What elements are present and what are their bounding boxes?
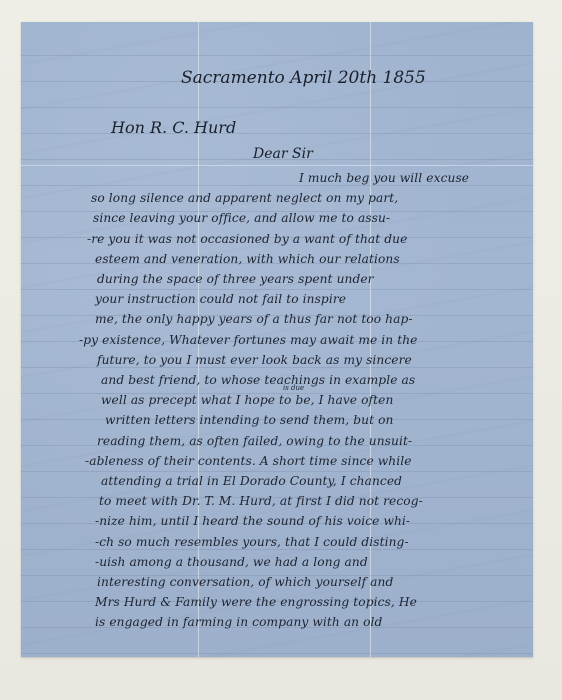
letter-line-15: -ableness of their contents. A short tim… <box>85 454 412 468</box>
letter-line-13: written letters intending to send them, … <box>105 413 393 427</box>
letter-line-16: attending a trial in El Dorado County, I… <box>101 474 402 488</box>
letter-line-21: interesting conversation, of which yours… <box>97 575 393 589</box>
letter-line-1: I much beg you will excuse <box>299 171 469 185</box>
letter-line-7: your instruction could not fail to inspi… <box>95 292 346 306</box>
horizontal-fold <box>21 165 533 166</box>
letter-line-3: since leaving your office, and allow me … <box>93 211 390 225</box>
letter-line-10: future, to you I must ever look back as … <box>97 353 412 367</box>
letter-line-17: to meet with Dr. T. M. Hurd, at first I … <box>99 494 423 508</box>
salutation: Dear Sir <box>253 146 313 162</box>
letter-page: Sacramento April 20th 1855 Hon R. C. Hur… <box>21 22 533 657</box>
letter-line-9: -py existence, Whatever fortunes may awa… <box>79 333 417 347</box>
letter-line-12: well as precept what I hope to be, I hav… <box>101 393 393 407</box>
dateline: Sacramento April 20th 1855 <box>181 68 426 88</box>
recipient: Hon R. C. Hurd <box>111 118 236 137</box>
letter-line-5: esteem and veneration, with which our re… <box>95 252 400 266</box>
letter-line-14: reading them, as often failed, owing to … <box>97 434 412 448</box>
letter-line-20: -uish among a thousand, we had a long an… <box>95 555 368 569</box>
letter-line-19: -ch so much resembles yours, that I coul… <box>95 535 409 549</box>
letter-line-2: so long silence and apparent neglect on … <box>91 191 398 205</box>
letter-line-6: during the space of three years spent un… <box>97 272 374 286</box>
letter-line-11: and best friend, to whose teachings in e… <box>101 373 415 387</box>
letter-line-4: -re you it was not occasioned by a want … <box>87 232 407 246</box>
letter-line-18: -nize him, until I heard the sound of hi… <box>95 514 410 528</box>
letter-line-23: is engaged in farming in company with an… <box>95 615 382 629</box>
letter-line-22: Mrs Hurd & Family were the engrossing to… <box>95 595 417 609</box>
letter-line-8: me, the only happy years of a thus far n… <box>95 312 413 326</box>
